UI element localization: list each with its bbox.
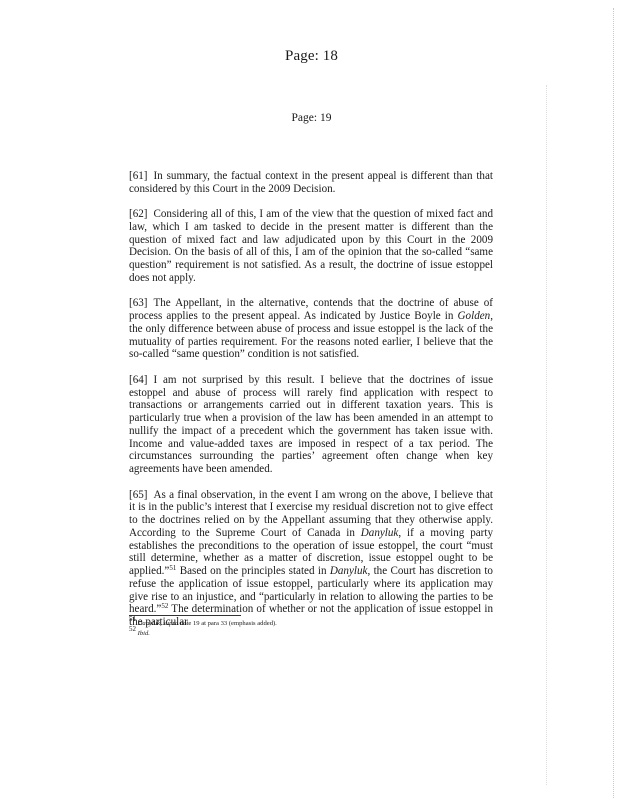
- paragraph-63: [63]The Appellant, in the alternative, c…: [129, 297, 493, 361]
- paragraph-number: [61]: [129, 170, 147, 182]
- footnote-ibid: Ibid.: [138, 630, 150, 637]
- paragraph-number: [63]: [129, 297, 147, 309]
- paragraph-65: [65]As a final observation, in the event…: [129, 489, 493, 629]
- footnotes: 51 Danyluk, supra note 19 at para 33 (em…: [129, 619, 493, 638]
- case-name-danyluk: Danyluk: [330, 565, 368, 577]
- paragraph-text: Considering all of this, I am of the vie…: [129, 208, 493, 284]
- scan-edge-artifact: [546, 85, 548, 785]
- footnote-52: 52 Ibid.: [129, 629, 493, 639]
- outer-page-number: Page: 18: [0, 48, 623, 65]
- paragraph-61: [61]In summary, the factual context in t…: [129, 170, 493, 196]
- judgment-body: [61]In summary, the factual context in t…: [129, 170, 493, 641]
- case-name-golden: Golden: [458, 310, 491, 322]
- paragraph-text: The Appellant, in the alternative, conte…: [129, 297, 493, 322]
- paragraph-text: Based on the principles stated in: [176, 565, 330, 577]
- footnote-51: 51 Danyluk, supra note 19 at para 33 (em…: [129, 619, 493, 629]
- footnote-supra: supra: [163, 620, 178, 627]
- paragraph-number: [62]: [129, 208, 147, 220]
- case-name-danyluk: Danyluk: [361, 527, 399, 539]
- footnote-divider: [129, 615, 241, 616]
- paragraph-text: I am not surprised by this result. I bel…: [129, 374, 493, 475]
- footnote-marker: 52: [129, 625, 136, 633]
- inner-page-number: Page: 19: [0, 112, 623, 124]
- paragraph-number: [64]: [129, 374, 147, 386]
- paragraph-62: [62]Considering all of this, I am of the…: [129, 208, 493, 285]
- paragraph-number: [65]: [129, 489, 147, 501]
- scan-edge-right: [613, 8, 615, 798]
- footnote-case-name: Danyluk: [138, 620, 160, 627]
- paragraph-text: In summary, the factual context in the p…: [129, 170, 493, 195]
- footnote-marker: 51: [129, 615, 136, 623]
- footnote-text: note 19 at para 33 (emphasis added).: [178, 620, 277, 627]
- paragraph-64: [64]I am not surprised by this result. I…: [129, 374, 493, 476]
